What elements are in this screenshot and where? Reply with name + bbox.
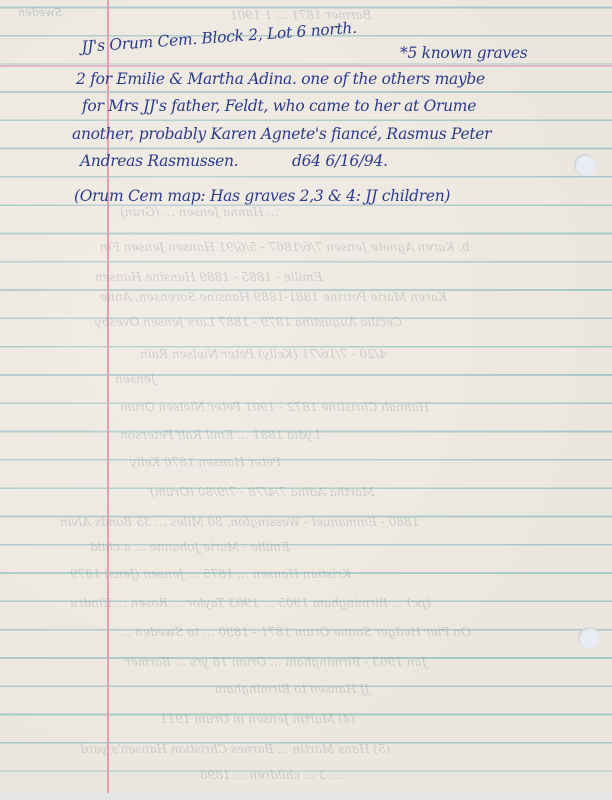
note-line-2: 2 for Emilie & Martha Adina. one of the … (76, 70, 485, 88)
bleed-through-line: (4) Martin Jensen in Orum 1911 (160, 712, 355, 726)
scan-bottom-edge (0, 793, 612, 800)
bleed-through-line: Martha Adina 7/4/78 - 7/9/80 (Orum) (150, 485, 374, 499)
note-line-3: for Mrs JJ's father, Feldt, who came to … (82, 97, 476, 115)
bleed-through-line: 1880 - Emmanuel - Wessington, 80 Miles .… (60, 515, 419, 529)
punch-hole-top (574, 154, 596, 176)
bleed-through-line: 4/20 - 7/16/71 (Kelly) Peter Nielsen Rai… (140, 347, 386, 361)
bleed-through-line: Jan 1903 - Birmingham ... Orum 18 yrs ..… (125, 655, 426, 669)
note-line-5-name: Andreas Rasmussen. (80, 152, 238, 170)
bleed-through-line: Lydia 1881 ... Emil Ralf Peterson (120, 428, 320, 442)
bleed-through-line: (5) Hans Martin ... Barnes Christian Han… (80, 742, 390, 756)
note-line-1: JJ's Orum Cem. Block 2, Lot 6 north. (81, 19, 357, 56)
bleed-through-line: Hannah Christine 1872 - 1901 Peter Niels… (120, 400, 429, 414)
bleed-through-corner-note: Sweden (18, 6, 62, 19)
bleed-through-line: Karen Marie Petrine 1881-1889 Hansine So… (100, 290, 447, 304)
header-rule-line (0, 65, 612, 67)
bleed-through-line: Kristian Hansen ... 1875 ... Jensen (Jen… (70, 567, 351, 581)
bleed-through-line: Emilie - 1885 - 1889 Hansine Hansen (95, 270, 322, 284)
note-line-5-date: d64 6/16/94. (292, 152, 388, 170)
bleed-through-line: Emilie - Marie Johanne ... a child (90, 540, 290, 554)
margin-rule-line (107, 0, 109, 793)
bleed-through-line: On Pier Hedger Sonne Orum 1871 - 1890 ..… (120, 625, 471, 639)
bleed-through-line: Cecilia Augustina 1879 - 1887 Lars Jense… (95, 315, 402, 329)
notebook-page: Sweden Barmer 1871 ... 1 1901 ... Hanna … (0, 0, 612, 793)
bleed-through-line: ... Hanna Jensen ... (Gran) (120, 205, 279, 219)
punch-hole-bottom (578, 627, 600, 649)
bleed-through-line: (pc) ... Birmingham 1905 ... 1903 Taylor… (70, 596, 431, 610)
bleed-through-line: Jensen (115, 372, 156, 386)
bleed-through-line: Peter Hansen 1870 Kelly (130, 455, 281, 469)
bleed-through-line: b. Karen Agnete Jensen 7/6/1867 - 5/6/91… (100, 240, 470, 254)
bleed-through-line: ... 3 ... children ... 1898 (200, 768, 342, 782)
bleed-through-line: JJ Hansen to Birmingham (215, 682, 370, 696)
note-line-1-annotation: *5 known graves (400, 44, 527, 62)
note-line-4: another, probably Karen Agnete's fiancé,… (72, 125, 491, 143)
note-line-6: (Orum Cem map: Has graves 2,3 & 4: JJ ch… (74, 187, 450, 205)
